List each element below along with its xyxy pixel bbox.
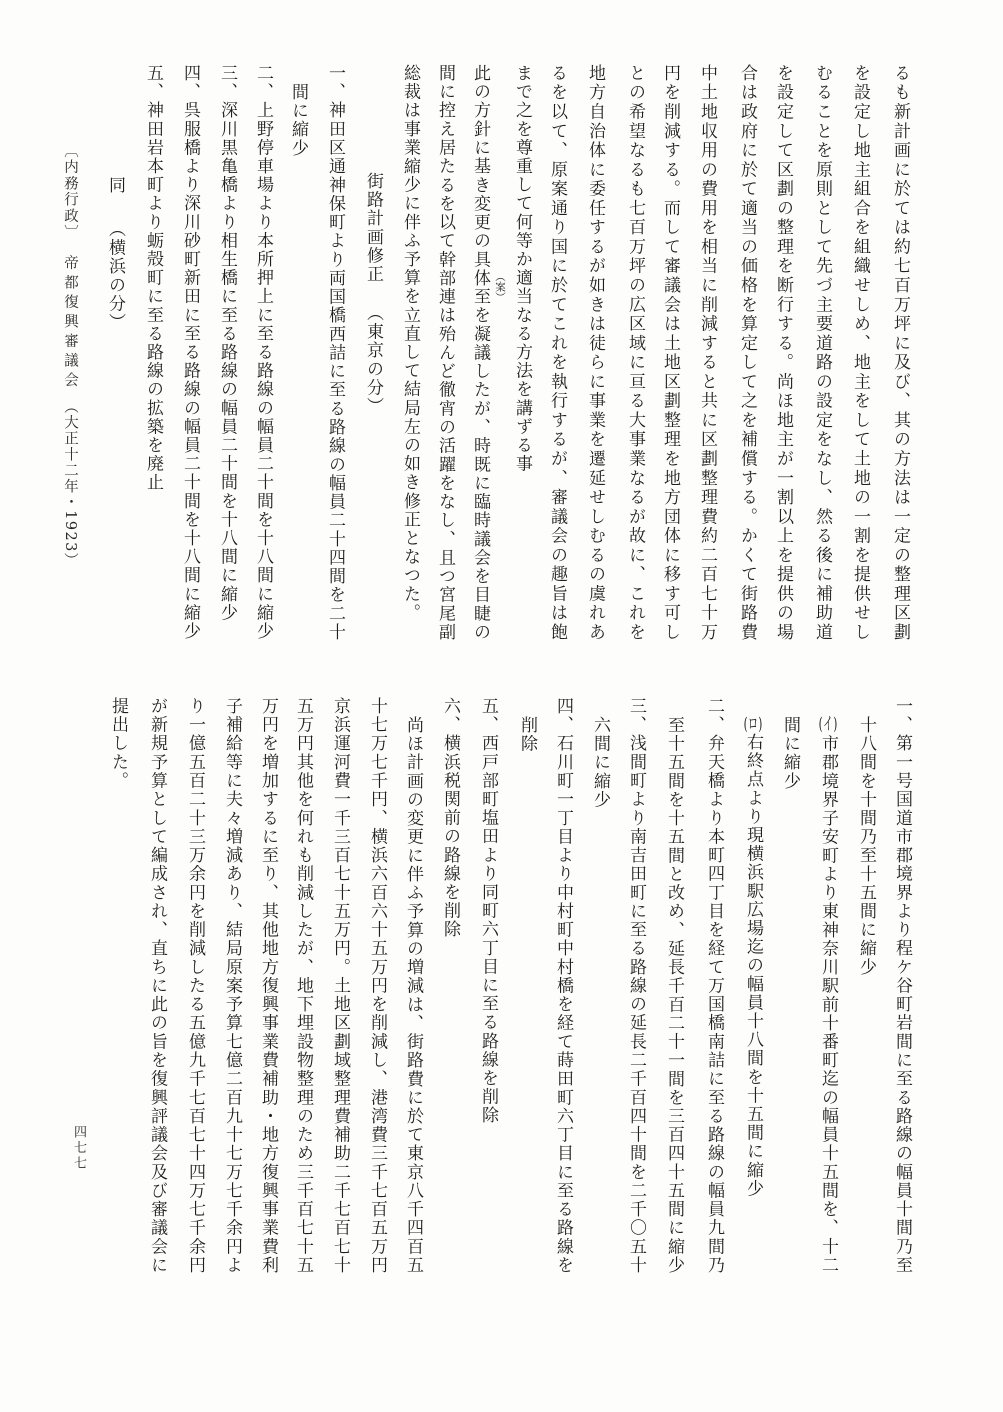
sub-item: (イ)市郡境界子安町より東神奈川駅前十番町迄の幅員十五間を、十二 [818,716,838,1273]
sub-item-text: 市郡境界子安町より東神奈川駅前十番町迄の幅員十五間を、十二 [818,735,838,1273]
text-column: が新規予算として編成され、直ちに此の旨を復興評議会及び審議会に [147,697,167,1273]
list-item: 六、横浜税関前の路線を削除 [440,697,460,939]
list-item: 二、弁天橋より本町四丁目を経て万国橋南詰に至る路線の幅員九間乃 [704,697,724,1273]
text-column: 五万円其他を何れも削減したが、地下埋設物整理のため三千百七十五 [293,697,313,1273]
text-column: 子補給等に夫々増減あり、結局原案予算七億二百九十七万七千余円よ [222,697,242,1273]
sub-item-text: 右終点より現横浜駅広場迄の幅員十八間を十五間に縮少 [743,733,763,1198]
text-column: 尚ほ計画の変更に伴ふ予算の増減は、街路費に於て東京八千四百五 [403,716,423,1273]
text-column: 提出した。 [108,697,128,790]
lower-half: 一、第一号国道市郡境界より程ケ谷町岩間に至る路線の幅員十間乃至 十八間を十間乃至… [0,0,1003,1412]
list-item-continuation: 間に縮少 [780,716,800,790]
text-column: 京浜運河費一千三百七十五万円。土地区劃域整理費補助二千七百七十 [330,697,350,1273]
list-item-continuation: 六間に縮少 [590,716,610,809]
list-item-continuation: 十八間を十間乃至十五間に縮少 [856,716,876,976]
list-item: 一、第一号国道市郡境界より程ケ谷町岩間に至る路線の幅員十間乃至 [892,697,912,1273]
list-item-continuation: 削除 [517,716,537,753]
list-item: 三、浅間町より南吉田町に至る路線の延長二千百四十間を二千〇五十 [626,697,646,1273]
list-item-continuation: 至十五間を十五間と改め、延長千百二十一間を三百四十五間に縮少 [664,716,684,1273]
list-item: 五、西戸部町塩田より同町六丁目に至る路線を削除 [478,697,498,1125]
sub-item-marker: (ロ) [743,716,763,733]
text-column: 十七万七千円、横浜六百六十五万円を削減し、港湾費三千七百五万円 [367,697,387,1273]
text-column: り一億五百二十三万余円を削減したる五億九千七百七十四万七千余円 [185,697,205,1273]
book-page: るも新計画に於ては約七百万坪に及び、其の方法は一定の整理区劃 を設定し地主組合を… [0,0,1003,1412]
sub-item-marker: (イ) [818,716,838,735]
list-item: 四、石川町一丁目より中村町中村橋を経て蒔田町六丁目に至る路線を [553,697,573,1273]
text-column: 万円を増加するに至り、其他地方復興事業費補助・地方復興事業費利 [258,697,278,1273]
page-number: 四七七 [70,1125,86,1172]
sub-item: (ロ)右終点より現横浜駅広場迄の幅員十八間を十五間に縮少 [743,716,763,1198]
